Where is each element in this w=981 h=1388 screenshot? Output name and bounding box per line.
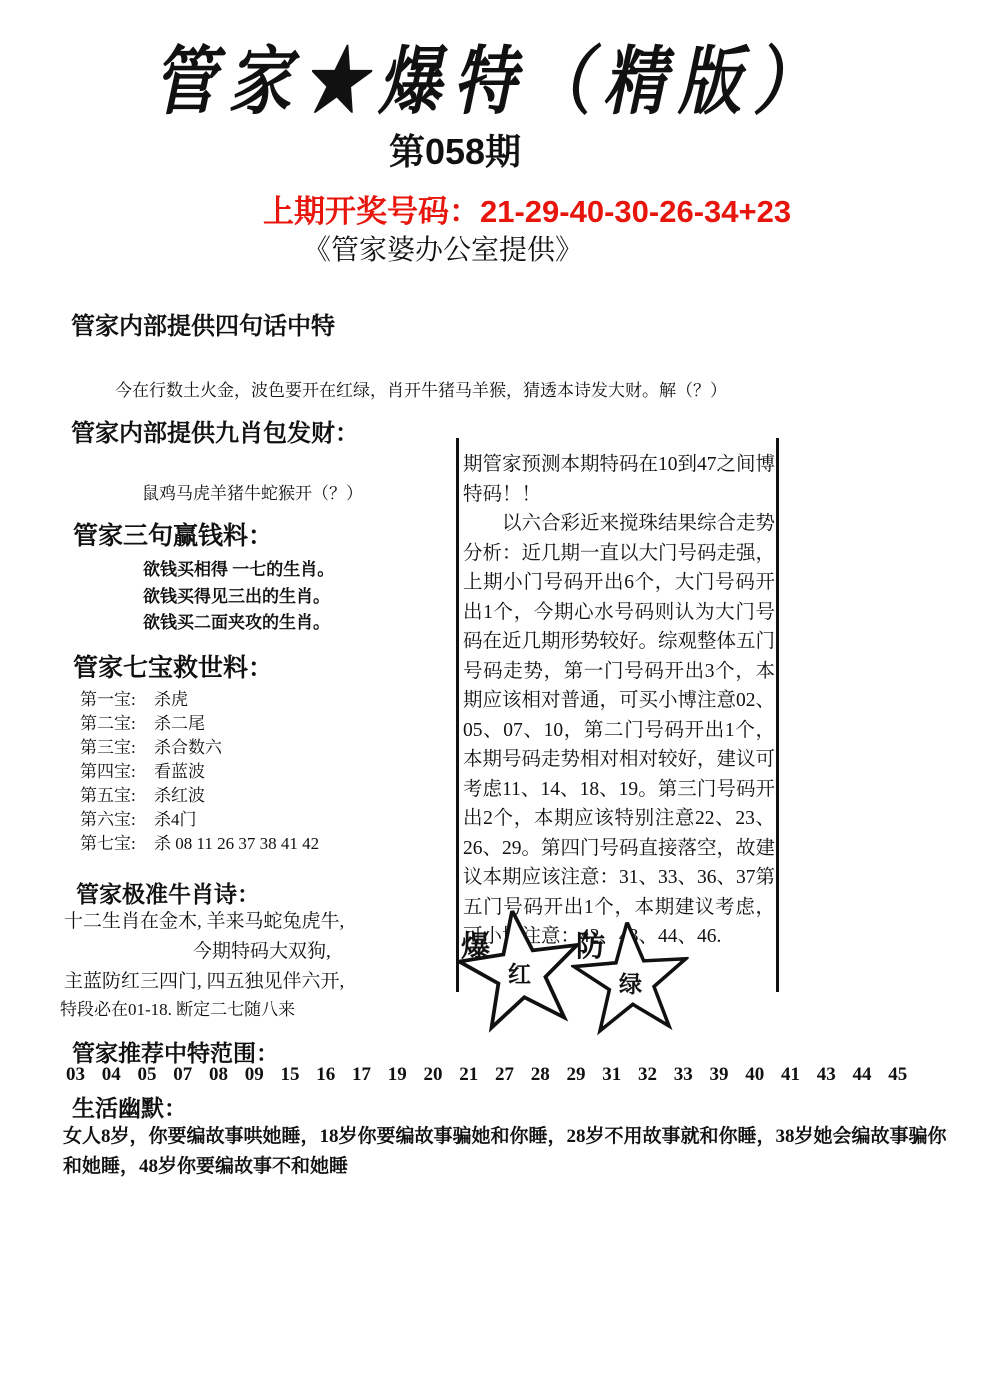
heading-seven-treasures: 管家七宝救世料：: [73, 648, 273, 684]
treasure-row: 第六宝:杀4门: [80, 808, 319, 832]
star-outer-label-burst: 爆: [461, 924, 490, 965]
treasure-label: 第五宝:: [80, 784, 140, 808]
nine-zodiac-line: 鼠鸡马虎羊猪牛蛇猴开（？）: [142, 479, 363, 504]
three-sentences-line: 欲钱买得见三出的生肖。: [143, 582, 330, 607]
three-sentences-line: 欲钱买相得 一七的生肖。: [143, 555, 334, 580]
treasure-value: 杀虎: [154, 688, 188, 712]
four-sentences-poem: 今在行数土火金，波色要开在红绿，肖开牛猪马羊猴，猜透本诗发大财。解（？）: [115, 376, 727, 401]
forecast-paragraph: 以六合彩近来搅珠结果综合走势分析：近几期一直以大门号码走强，上期小门号码开出6个…: [463, 509, 775, 952]
treasure-row: 第三宝:杀合数六: [80, 736, 319, 760]
tip-sheet-page: 管家★爆特（精版） 第058期 上期开奖号码：21-29-40-30-26-34…: [0, 0, 981, 1388]
star-inner-label-green: 绿: [619, 966, 642, 999]
issue-number: 第058期: [0, 124, 910, 175]
previous-draw-numbers: 上期开奖号码：21-29-40-30-26-34+23: [263, 186, 791, 231]
star-inner-label-red: 红: [508, 956, 531, 989]
panel-right-border: [776, 438, 779, 992]
treasure-row: 第五宝:杀红波: [80, 784, 319, 808]
recommend-range-numbers: 03 04 05 07 08 09 15 16 17 19 20 21 27 2…: [66, 1064, 907, 1086]
heading-zodiac-poem: 管家极准牛肖诗：: [76, 876, 260, 909]
zodiac-poem-line: 今期特码大双狗,: [193, 936, 331, 963]
treasure-value: 杀红波: [154, 784, 205, 808]
treasure-value: 杀 08 11 26 37 38 41 42: [154, 832, 319, 856]
treasure-value: 杀二尾: [154, 712, 205, 736]
provider-line: 《管家婆办公室提供》: [303, 228, 583, 268]
treasure-label: 第七宝:: [80, 832, 140, 856]
three-sentences-line: 欲钱买二面夹攻的生肖。: [143, 608, 330, 633]
zodiac-poem-line: 特段必在01-18. 断定二七随八来: [60, 995, 295, 1020]
life-humor-text: 女人8岁，你要编故事哄她睡，18岁你要编故事骗她和你睡，28岁不用故事就和你睡，…: [63, 1122, 963, 1182]
star-outer-label-guard: 防: [576, 924, 605, 965]
heading-four-sentences: 管家内部提供四句话中特: [71, 306, 335, 341]
page-title: 管家★爆特（精版）: [0, 22, 981, 129]
treasure-value: 看蓝波: [154, 760, 205, 784]
treasure-value: 杀4门: [154, 808, 197, 832]
heading-nine-zodiac: 管家内部提供九肖包发财：: [71, 413, 359, 448]
forecast-panel-text: 期管家预测本期特码在10到47之间博特码！！ 以六合彩近来搅珠结果综合走势分析：…: [463, 450, 775, 952]
treasure-row: 第二宝:杀二尾: [80, 712, 319, 736]
heading-life-humor: 生活幽默：: [72, 1090, 187, 1123]
treasure-label: 第一宝:: [80, 688, 140, 712]
treasure-value: 杀合数六: [154, 736, 222, 760]
zodiac-poem-line: 主蓝防红三四门, 四五独见伴六开,: [64, 966, 344, 993]
heading-three-sentences: 管家三句赢钱料：: [73, 516, 273, 552]
treasure-row: 第一宝:杀虎: [80, 688, 319, 712]
treasure-label: 第四宝:: [80, 760, 140, 784]
treasure-label: 第三宝:: [80, 736, 140, 760]
treasure-row: 第七宝:杀 08 11 26 37 38 41 42: [80, 832, 319, 856]
treasure-row: 第四宝:看蓝波: [80, 760, 319, 784]
zodiac-poem-line: 十二生肖在金木, 羊来马蛇兔虎牛,: [64, 906, 344, 933]
seven-treasures-list: 第一宝:杀虎 第二宝:杀二尾 第三宝:杀合数六 第四宝:看蓝波 第五宝:杀红波 …: [80, 688, 319, 856]
panel-left-border: [456, 438, 459, 992]
treasure-label: 第二宝:: [80, 712, 140, 736]
forecast-paragraph: 期管家预测本期特码在10到47之间博特码！！: [463, 450, 775, 509]
treasure-label: 第六宝:: [80, 808, 140, 832]
